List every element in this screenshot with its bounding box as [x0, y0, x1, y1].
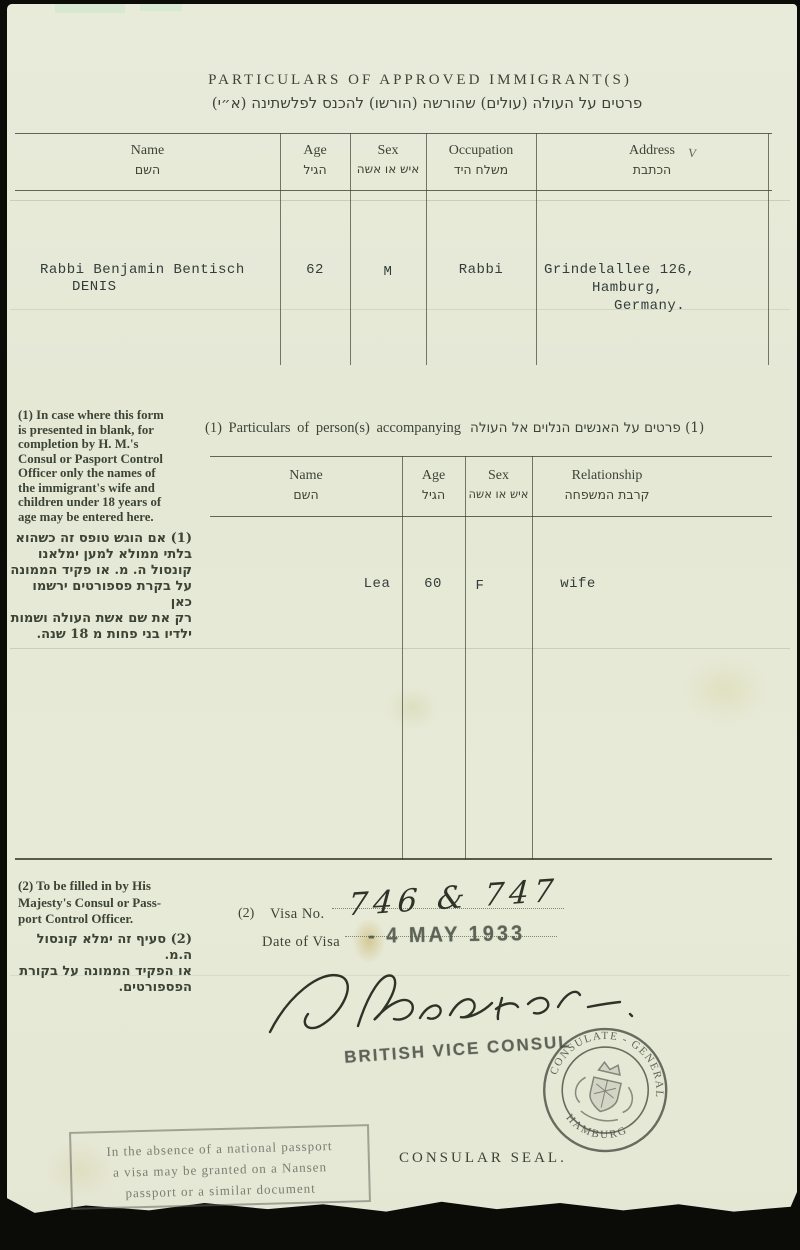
table-border [768, 133, 769, 365]
acc-entry-relationship: wife [548, 576, 608, 592]
nansen-passport-stamp: In the absence of a national passport a … [69, 1124, 371, 1210]
note1-english: (1) In case where this form is presented… [18, 408, 193, 524]
note2-hebrew: (2) סעיף זה ימלא קונסול ה.מ. או הפקיד המ… [10, 932, 192, 996]
col-header-age: Age [280, 143, 350, 159]
handwritten-checkmark: V [687, 145, 698, 161]
scanned-immigration-form: PARTICULARS OF APPROVED IMMIGRANT(S) פרט… [0, 0, 800, 1250]
visa-date-stamp: - 4 MAY 1933 [368, 922, 526, 950]
table-border [210, 456, 772, 457]
fold-crease [10, 200, 790, 201]
acc-entry-name: Lea [357, 576, 397, 592]
entry-occupation: Rabbi [426, 262, 536, 278]
acc-header-relationship: Relationship [532, 468, 682, 484]
visa-date-label: Date of Visa [262, 934, 340, 951]
form-title-hebrew: פרטים על העולה (עולים) שהורשה (הורשו) לה… [54, 94, 800, 112]
table-border [465, 456, 466, 860]
accompanying-heading: (1) Particulars of person(s) accompanyin… [205, 420, 461, 437]
acc-header-age-hebrew: הגיל [402, 487, 465, 502]
acc-header-name: Name [210, 468, 402, 484]
visa-no-label: Visa No. [270, 906, 325, 923]
acc-header-sex: Sex [465, 468, 532, 484]
col-header-name: Name [15, 143, 280, 159]
table-border [402, 456, 403, 860]
acc-header-age: Age [402, 468, 465, 484]
acc-entry-sex: F [465, 578, 495, 594]
col-header-name-hebrew: השם [15, 162, 280, 177]
note2-english: (2) To be filled in by His Majesty's Con… [18, 878, 198, 928]
table-border [532, 456, 533, 860]
col-header-age-hebrew: הגיל [280, 162, 350, 177]
fold-crease [10, 648, 790, 649]
entry-sex: M [350, 264, 426, 280]
entry-name-line1: Rabbi Benjamin Bentisch [40, 262, 245, 278]
scan-artifact [55, 4, 125, 13]
table-border [15, 133, 772, 134]
royal-arms-emblem [570, 1057, 639, 1126]
entry-address-line3: Germany. [614, 298, 685, 314]
consular-seal-caption: CONSULAR SEAL. [399, 1150, 567, 1167]
acc-entry-age: 60 [418, 576, 448, 592]
table-border [15, 190, 772, 191]
entry-address-line1: Grindelallee 126, [544, 262, 695, 278]
form-title: PARTICULARS OF APPROVED IMMIGRANT(S) [40, 72, 800, 89]
entry-age: 62 [280, 262, 350, 278]
acc-header-sex-hebrew: איש או אשה [465, 487, 532, 501]
col-header-sex-hebrew: איש או אשה [350, 162, 426, 176]
scan-artifact [140, 4, 182, 11]
acc-header-relationship-hebrew: קרבת המשפחה [532, 487, 682, 502]
col-header-occupation: Occupation [426, 143, 536, 159]
accompanying-heading-hebrew: (1) פרטים על האנשים הנלוים אל העולה [470, 420, 772, 436]
visa-prefix: (2) [238, 906, 254, 922]
section-divider [15, 858, 772, 860]
entry-address-line2: Hamburg, [592, 280, 663, 296]
col-header-address-hebrew: הכתבת [536, 162, 768, 177]
col-header-address: Address [536, 143, 768, 159]
table-border [210, 516, 772, 517]
col-header-occupation-hebrew: משלח היד [426, 162, 536, 177]
note1-hebrew: (1) אם הוגש טופס זה כשהוא בלתי ממולא למע… [10, 531, 192, 643]
col-header-sex: Sex [350, 143, 426, 159]
acc-header-name-hebrew: השם [210, 487, 402, 502]
entry-name-line2: DENIS [72, 279, 117, 295]
